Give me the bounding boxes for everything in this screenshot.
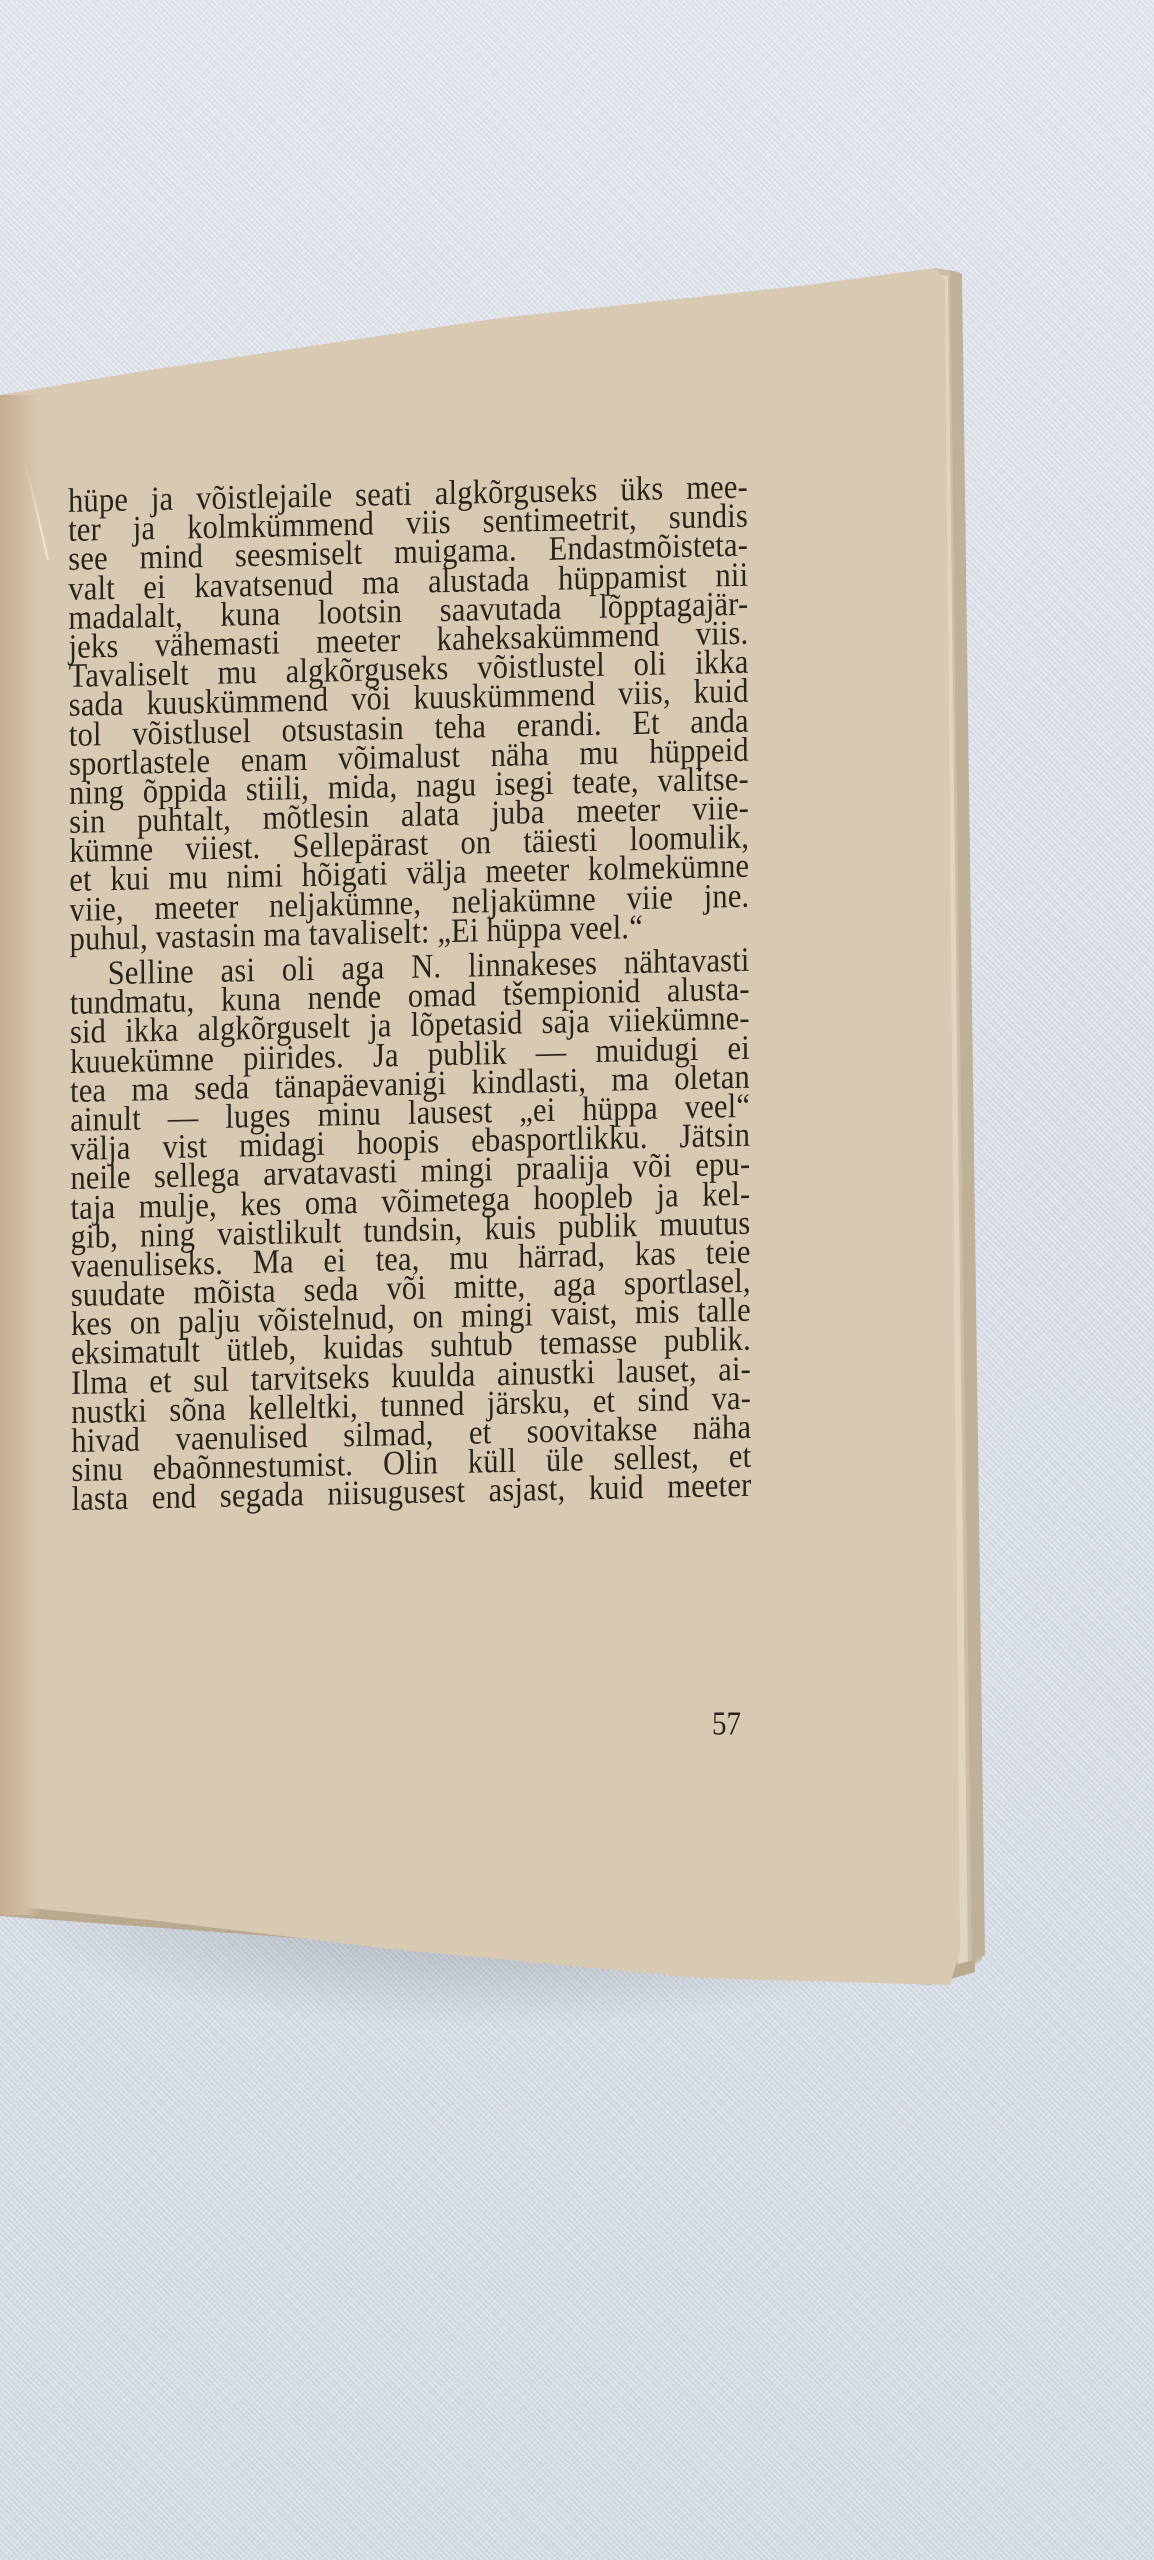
page-gutter: [0, 395, 40, 1915]
page-text: hüpe ja võistlejaile seati algkõrguseks …: [68, 471, 751, 1513]
page-number: 57: [712, 1706, 741, 1744]
open-book: hüpe ja võistlejaile seati algkõrguseks …: [0, 0, 1154, 2560]
